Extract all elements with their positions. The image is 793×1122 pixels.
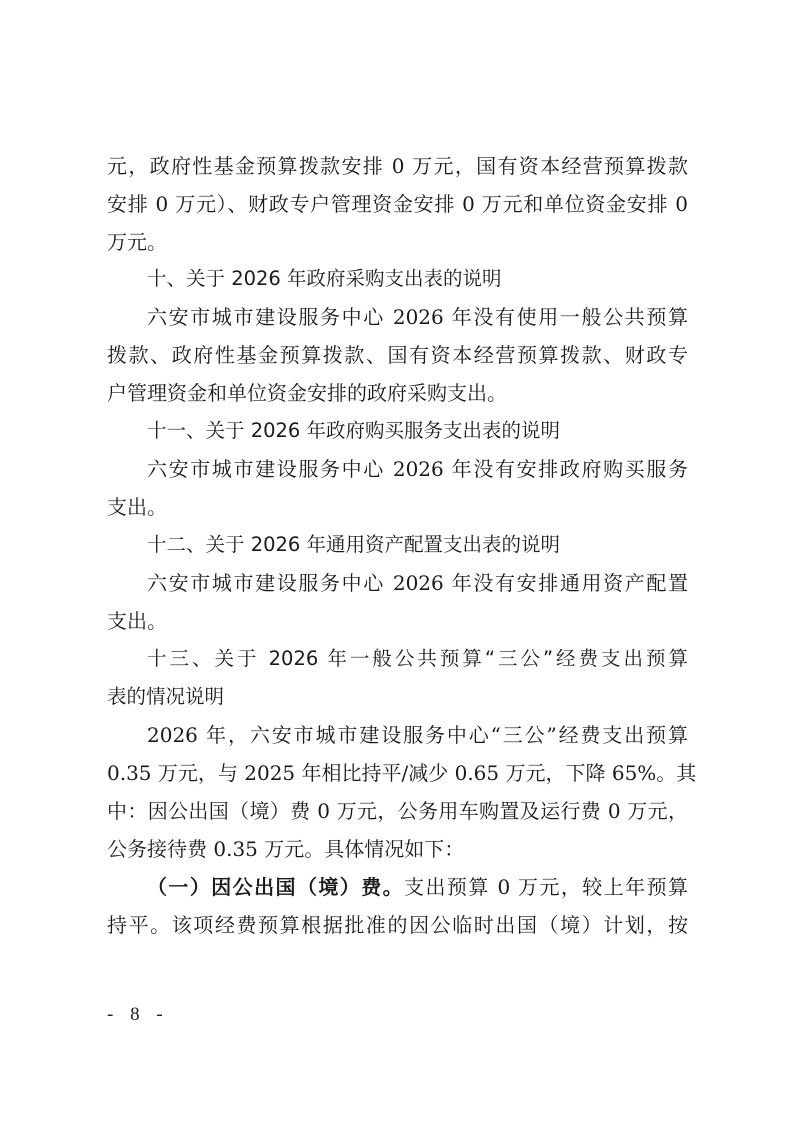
paragraph-line: 持平。该项经费预算根据批准的因公临时出国（境）计划，按	[107, 912, 688, 938]
paragraph-line: 公务接待费 0.35 万元。具体情况如下：	[107, 836, 688, 862]
paragraph-line: 六安市城市建设服务中心 2026 年没有使用一般公共预算	[147, 304, 688, 330]
paragraph-line: 中：因公出国（境）费 0 万元，公务用车购置及运行费 0 万元，	[107, 798, 688, 824]
paragraph-line: 元，政府性基金预算拨款安排 0 万元，国有资本经营预算拨款	[107, 153, 688, 179]
subsection-line: （一）因公出国（境）费。支出预算 0 万元，较上年预算	[147, 874, 688, 900]
subsection-label: （一）因公出国（境）费。	[147, 875, 404, 899]
page-number: - 8 -	[107, 1003, 169, 1027]
section-heading-13-cont: 表的情况说明	[107, 684, 688, 710]
paragraph-line: 安排 0 万元）、财政专户管理资金安排 0 万元和单位资金安排 0	[107, 191, 688, 217]
paragraph-line: 支出。	[107, 494, 688, 520]
paragraph-line: 户管理资金和单位资金安排的政府采购支出。	[107, 380, 688, 406]
paragraph-line: 六安市城市建设服务中心 2026 年没有安排政府购买服务	[147, 456, 688, 482]
document-page: 元，政府性基金预算拨款安排 0 万元，国有资本经营预算拨款 安排 0 万元）、财…	[0, 0, 793, 1122]
subsection-text: 支出预算 0 万元，较上年预算	[404, 875, 688, 899]
section-heading-10: 十、关于 2026 年政府采购支出表的说明	[147, 266, 688, 292]
paragraph-line: 0.35 万元，与 2025 年相比持平/减少 0.65 万元，下降 65%。其	[107, 760, 688, 786]
paragraph-line: 拨款、政府性基金预算拨款、国有资本经营预算拨款、财政专	[107, 342, 688, 368]
paragraph-line: 2026 年，六安市城市建设服务中心“三公”经费支出预算	[147, 722, 688, 748]
section-heading-11: 十一、关于 2026 年政府购买服务支出表的说明	[147, 418, 688, 444]
section-heading-13: 十三、关于 2026 年一般公共预算“三公”经费支出预算	[147, 646, 688, 672]
section-heading-12: 十二、关于 2026 年通用资产配置支出表的说明	[147, 532, 688, 558]
paragraph-line: 六安市城市建设服务中心 2026 年没有安排通用资产配置	[147, 570, 688, 596]
paragraph-line: 万元。	[107, 229, 688, 255]
paragraph-line: 支出。	[107, 608, 688, 634]
